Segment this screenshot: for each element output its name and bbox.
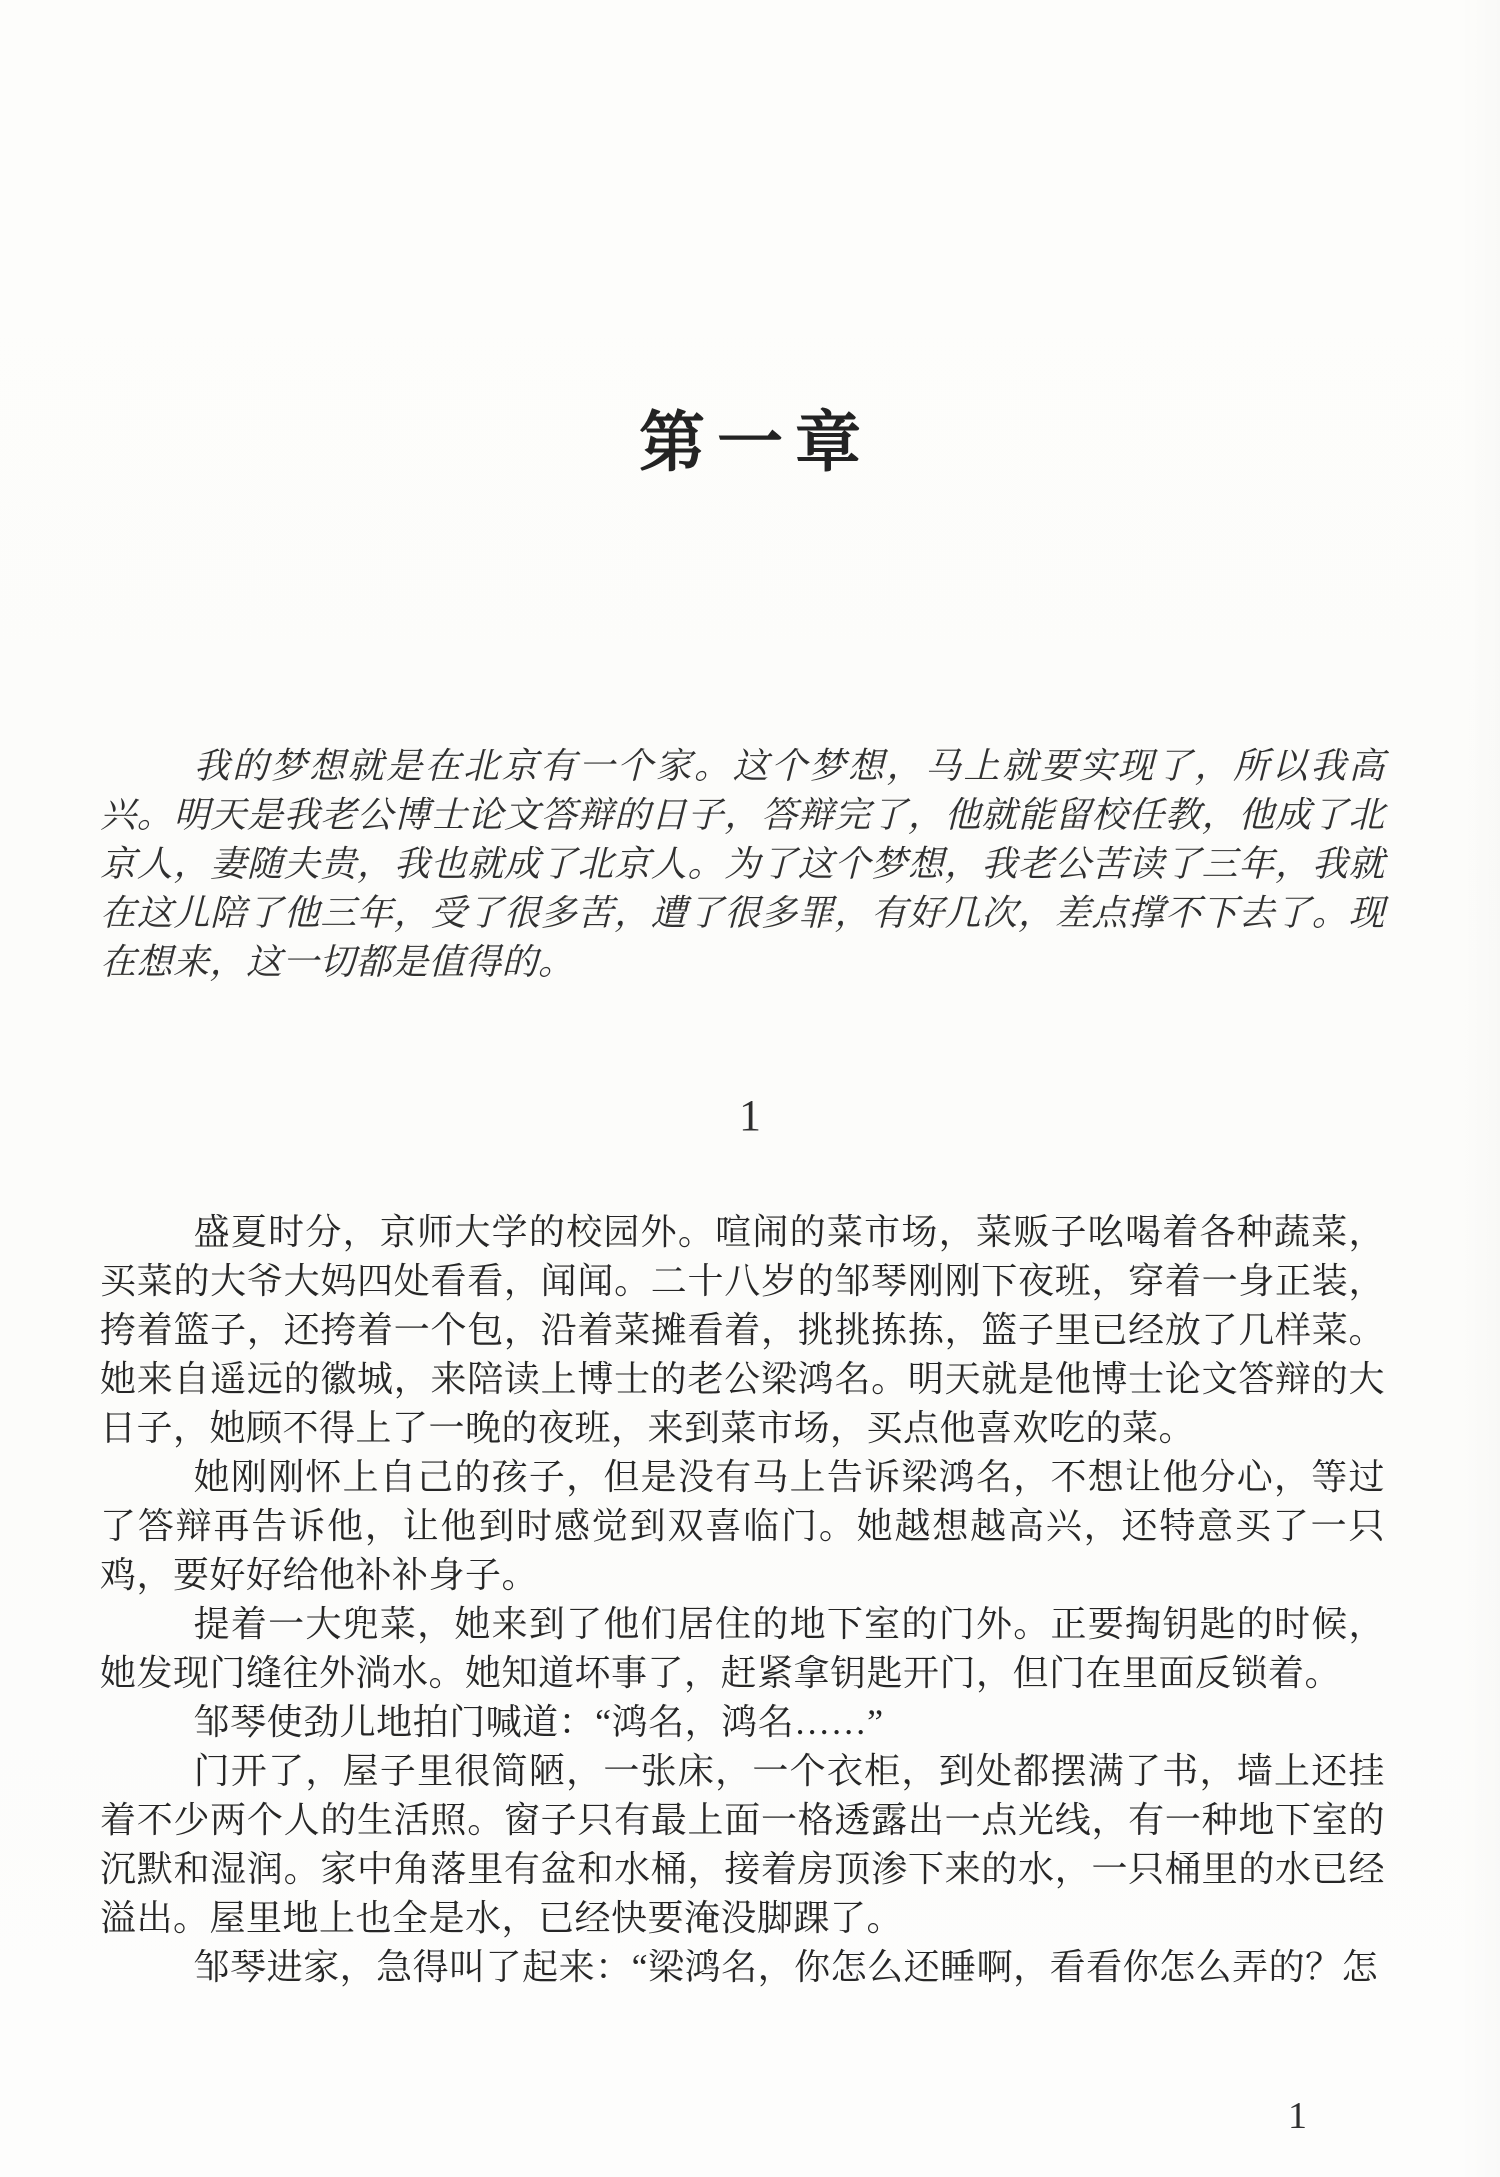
body-paragraph-2: 她刚刚怀上自己的孩子，但是没有马上告诉梁鸿名，不想让他分心，等过了答辩再告诉他，… xyxy=(100,1453,1385,1600)
body-paragraph-6: 邹琴进家，急得叫了起来：“梁鸿名，你怎么还睡啊，看看你怎么弄的？怎 xyxy=(100,1943,1385,1992)
body-paragraph-5: 门开了，屋子里很简陋，一张床，一个衣柜，到处都摆满了书，墙上还挂着不少两个人的生… xyxy=(100,1747,1385,1943)
body-paragraph-1: 盛夏时分，京师大学的校园外。喧闹的菜市场，菜贩子吆喝着各种蔬菜，买菜的大爷大妈四… xyxy=(100,1208,1385,1453)
book-page: 第一章 我的梦想就是在北京有一个家。这个梦想，马上就要实现了，所以我高兴。明天是… xyxy=(0,0,1500,2177)
section-number: 1 xyxy=(0,1090,1500,1141)
body-paragraph-4: 邹琴使劲儿地拍门喊道：“鸿名，鸿名……” xyxy=(100,1698,1385,1747)
chapter-title: 第一章 xyxy=(0,408,1500,481)
body-text: 盛夏时分，京师大学的校园外。喧闹的菜市场，菜贩子吆喝着各种蔬菜，买菜的大爷大妈四… xyxy=(100,1208,1385,1992)
page-number: 1 xyxy=(1288,2094,1307,2138)
body-paragraph-3: 提着一大兜菜，她来到了他们居住的地下室的门外。正要掏钥匙的时候，她发现门缝往外淌… xyxy=(100,1600,1385,1698)
intro-paragraph: 我的梦想就是在北京有一个家。这个梦想，马上就要实现了，所以我高兴。明天是我老公博… xyxy=(100,742,1385,987)
